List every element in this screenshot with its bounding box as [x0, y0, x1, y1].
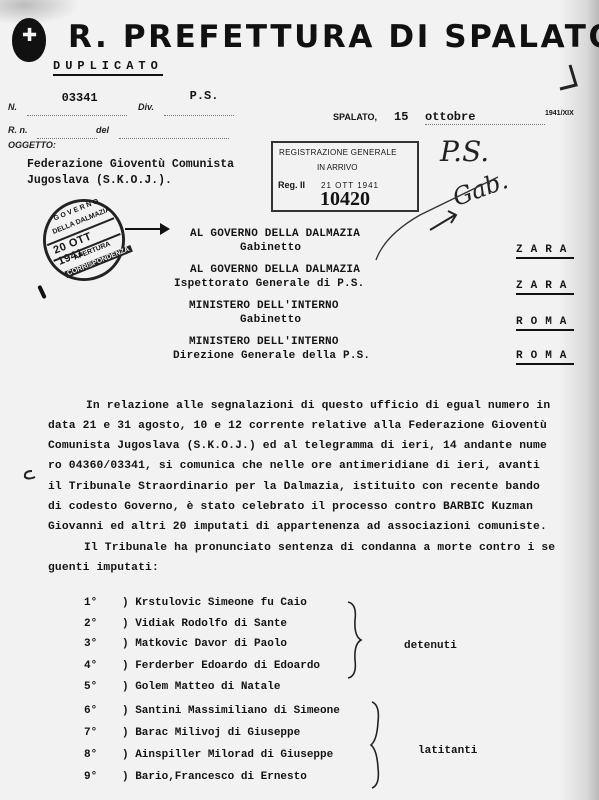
dateline-month: ottobre: [425, 110, 545, 125]
number-label: N.: [8, 102, 17, 112]
defendant-name: Santini Massimiliano di Simeone: [135, 705, 340, 717]
addressee-1-city: ZARA: [516, 244, 574, 259]
subject-line-2: Jugoslava (S.K.O.J.).: [27, 174, 172, 187]
defendant-number: 2°: [84, 618, 122, 630]
reference-field: R. n.: [8, 120, 97, 139]
handwritten-note-ps: P.S.: [440, 135, 489, 168]
reg-stamp-line2: IN ARRIVO: [317, 163, 357, 172]
defendant-row: 7°) Barac Milivoj di Giuseppe: [84, 727, 300, 739]
body-line-8: Il Tribunale ha pronunciato sentenza di …: [84, 542, 555, 554]
document-page: ✚ R. PREFETTURA DI SPALATO DUPLICATO N. …: [0, 0, 599, 800]
arrow-icon: [125, 228, 163, 230]
handwritten-stroke: [330, 175, 510, 265]
addressee-4-line2: Direzione Generale della P.S.: [173, 350, 370, 362]
addressee-4-line1: MINISTERO DELL'INTERNO: [189, 336, 339, 348]
brace-detained: [345, 600, 365, 680]
defendant-name: Golem Matteo di Natale: [135, 681, 280, 693]
margin-mark: [540, 55, 590, 95]
defendant-number: 1°: [84, 597, 122, 609]
defendant-number: 9°: [84, 771, 122, 783]
defendant-row: 2°) Vidiak Rodolfo di Sante: [84, 618, 287, 630]
scan-edge-shadow: [559, 0, 599, 800]
subject-line-1: Federazione Gioventù Comunista: [27, 158, 234, 171]
body-line-3: Comunista Jugoslava (S.K.O.J.) ed al tel…: [48, 440, 547, 452]
defendant-row: 5°) Golem Matteo di Natale: [84, 681, 280, 693]
body-line-9: guenti imputati:: [48, 562, 159, 574]
defendant-name: Krstulovic Simeone fu Caio: [135, 597, 307, 609]
defendant-name: Bario,Francesco di Ernesto: [135, 771, 307, 783]
letterhead-title: R. PREFETTURA DI SPALATO: [68, 19, 599, 55]
reference-date-label: del: [96, 125, 109, 135]
subject-label: OGGETTO:: [8, 140, 56, 150]
division-field: Div. P.S.: [138, 97, 234, 116]
defendant-name: Ainspiller Milorad di Giuseppe: [135, 749, 333, 761]
division-label: Div.: [138, 102, 154, 112]
correspondence-stamp: GOVERNO DELLA DALMAZIA 20 OTT 1941 APERT…: [31, 187, 138, 294]
defendant-name: Ferderber Edoardo di Edoardo: [135, 660, 320, 672]
addressee-2-line2: Ispettorato Generale di P.S.: [174, 278, 364, 290]
addressee-4-city: ROMA: [516, 350, 574, 365]
defendant-number: 3°: [84, 638, 122, 650]
dateline-day: 15: [394, 110, 408, 124]
number-value: 03341: [62, 91, 98, 105]
addressee-3-line2: Gabinetto: [240, 314, 301, 326]
body-line-7: Giovanni ed altri 20 imputati di apparte…: [48, 521, 547, 533]
body-line-2: data 21 e 31 agosto, 10 e 12 corrente re…: [48, 420, 547, 432]
arrow-head-icon: [160, 223, 170, 235]
reference-date-field: del: [96, 120, 229, 139]
body-line-5: il Tribunale Straordinario per la Dalmaz…: [48, 481, 540, 493]
defendant-number: 4°: [84, 660, 122, 672]
defendant-row: 8°) Ainspiller Milorad di Giuseppe: [84, 749, 333, 761]
addressee-1-line2: Gabinetto: [240, 242, 301, 254]
addressee-3-city: ROMA: [516, 316, 574, 331]
defendant-row: 9°) Bario,Francesco di Ernesto: [84, 771, 307, 783]
addressee-1-line1: AL GOVERNO DELLA DALMAZIA: [190, 228, 360, 240]
defendant-row: 6°) Santini Massimiliano di Simeone: [84, 705, 340, 717]
defendant-number: 6°: [84, 705, 122, 717]
addressee-3-line1: MINISTERO DELL'INTERNO: [189, 300, 339, 312]
defendant-number: 5°: [84, 681, 122, 693]
reg-stamp-line1: REGISTRAZIONE GENERALE: [279, 148, 397, 157]
brace-fugitive: [368, 700, 388, 790]
body-line-4: ro 04360/03341, si comunica che nelle or…: [48, 460, 540, 472]
defendant-row: 1°) Krstulovic Simeone fu Caio: [84, 597, 307, 609]
group-detained-label: detenuti: [404, 640, 457, 652]
reference-label: R. n.: [8, 125, 28, 135]
addressee-2-line1: AL GOVERNO DELLA DALMAZIA: [190, 264, 360, 276]
defendant-row: 3°) Matkovic Davor di Paolo: [84, 638, 287, 650]
defendant-name: Barac Milivoj di Giuseppe: [135, 727, 300, 739]
number-field: N. 03341: [8, 97, 127, 116]
copy-mark: DUPLICATO: [53, 59, 163, 76]
division-value: P.S.: [190, 89, 219, 103]
body-line-6: di codesto Governo, è stato celebrato il…: [48, 501, 533, 513]
pen-mark: [37, 285, 47, 299]
defendant-row: 4°) Ferderber Edoardo di Edoardo: [84, 660, 320, 672]
dateline-place: SPALATO,: [333, 112, 377, 122]
reg-stamp-reg-label: Reg. II: [278, 180, 305, 190]
defendant-number: 8°: [84, 749, 122, 761]
body-line-1: In relazione alle segnalazioni di questo…: [86, 400, 550, 412]
savoy-cross-icon: ✚: [12, 18, 46, 62]
addressee-2-city: ZARA: [516, 280, 574, 295]
defendant-number: 7°: [84, 727, 122, 739]
defendant-name: Vidiak Rodolfo di Sante: [135, 618, 287, 630]
defendant-name: Matkovic Davor di Paolo: [135, 638, 287, 650]
group-fugitive-label: latitanti: [418, 745, 477, 757]
margin-pen-mark: [10, 465, 40, 485]
dateline-year: 1941/XIX: [545, 110, 574, 117]
